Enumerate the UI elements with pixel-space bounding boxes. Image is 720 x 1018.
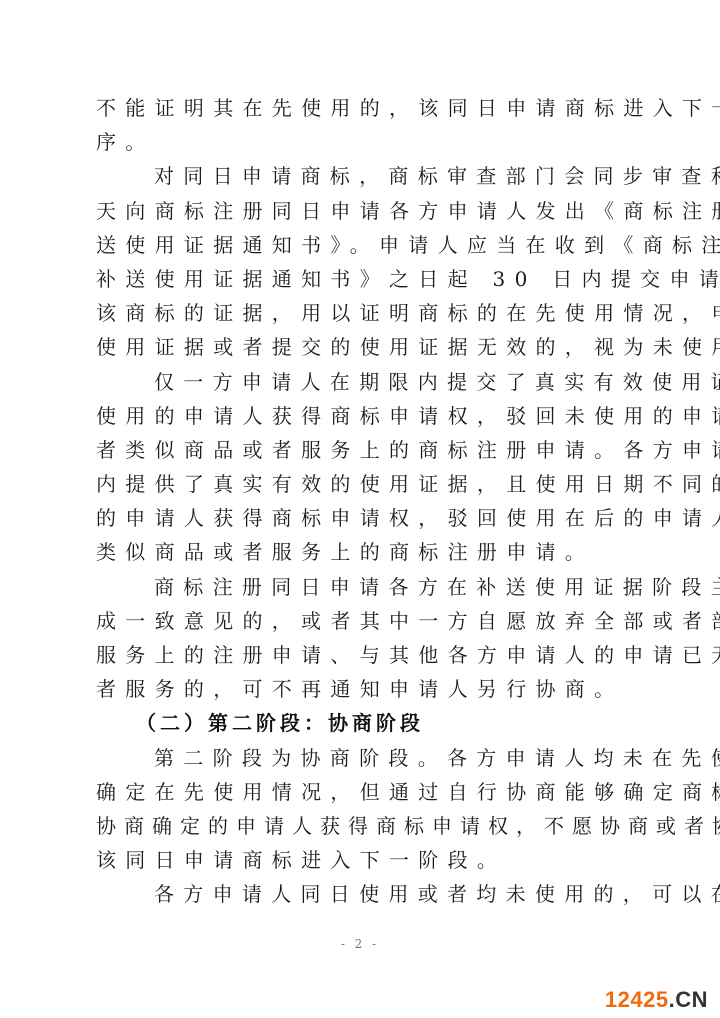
paragraph-line: 送使用证据通知书》。申请人应当在收到《商标注册同日申请 (96, 228, 636, 262)
paragraph-line: 内提供了真实有效的使用证据，且使用日期不同的，使用在先 (96, 467, 636, 501)
paragraph-line: 序。 (96, 125, 636, 159)
section-heading: （二）第二阶段：协商阶段 (96, 706, 636, 740)
paragraph-start-line: 仅一方申请人在期限内提交了真实有效使用证据的，实际 (96, 365, 636, 399)
paragraph-line: 者类似商品或者服务上的商标注册申请。各方申请人均在期限 (96, 433, 636, 467)
paragraph-line: 服务上的注册申请、与其他各方申请人的申请已无冲突商品或 (96, 638, 636, 672)
paragraph-line: 天向商标注册同日申请各方申请人发出《商标注册同日申请补 (96, 194, 636, 228)
paragraph-line: 该同日申请商标进入下一阶段。 (96, 843, 636, 877)
paragraph-line: 确定在先使用情况，但通过自行协商能够确定商标申请人的， (96, 775, 636, 809)
document-page: 不能证明其在先使用的，该同日申请商标进入下一阶段审查程 序。 对同日申请商标，商… (0, 0, 720, 1018)
paragraph-start-line: 商标注册同日申请各方在补送使用证据阶段主动协商、达 (96, 570, 636, 604)
paragraph-line: 该商标的证据，用以证明商标的在先使用情况，申请人未提交 (96, 296, 636, 330)
document-body: 不能证明其在先使用的，该同日申请商标进入下一阶段审查程 序。 对同日申请商标，商… (96, 91, 636, 912)
paragraph-line: 的申请人获得商标申请权，驳回使用在后的申请人在相同或者 (96, 501, 636, 535)
watermark-tld: .CN (669, 987, 708, 1012)
paragraph-start-line: 对同日申请商标，商标审查部门会同步审查和签出，同一 (96, 159, 636, 193)
paragraph-start-line: 各方申请人同日使用或者均未使用的，可以在收到《商标 (96, 877, 636, 911)
paragraph-line: 使用证据或者提交的使用证据无效的，视为未使用。 (96, 330, 636, 364)
paragraph-line: 协商确定的申请人获得商标申请权，不愿协商或者协商不成的， (96, 809, 636, 843)
page-number: - 2 - (0, 937, 720, 951)
paragraph-line: 成一致意见的，或者其中一方自愿放弃全部或者部分商品或者 (96, 604, 636, 638)
paragraph-line: 者服务的，可不再通知申请人另行协商。 (96, 672, 636, 706)
site-watermark-logo: 12425.CN (605, 987, 708, 1013)
paragraph-line: 补送使用证据通知书》之日起 30 日内提交申请注册前在先使用 (96, 262, 636, 296)
paragraph-line: 不能证明其在先使用的，该同日申请商标进入下一阶段审查程 (96, 91, 636, 125)
paragraph-line: 类似商品或者服务上的商标注册申请。 (96, 535, 636, 569)
paragraph-start-line: 第二阶段为协商阶段。各方申请人均未在先使用或者无法 (96, 741, 636, 775)
paragraph-line: 使用的申请人获得商标申请权，驳回未使用的申请人在相同或 (96, 399, 636, 433)
watermark-number: 12425 (605, 987, 669, 1012)
